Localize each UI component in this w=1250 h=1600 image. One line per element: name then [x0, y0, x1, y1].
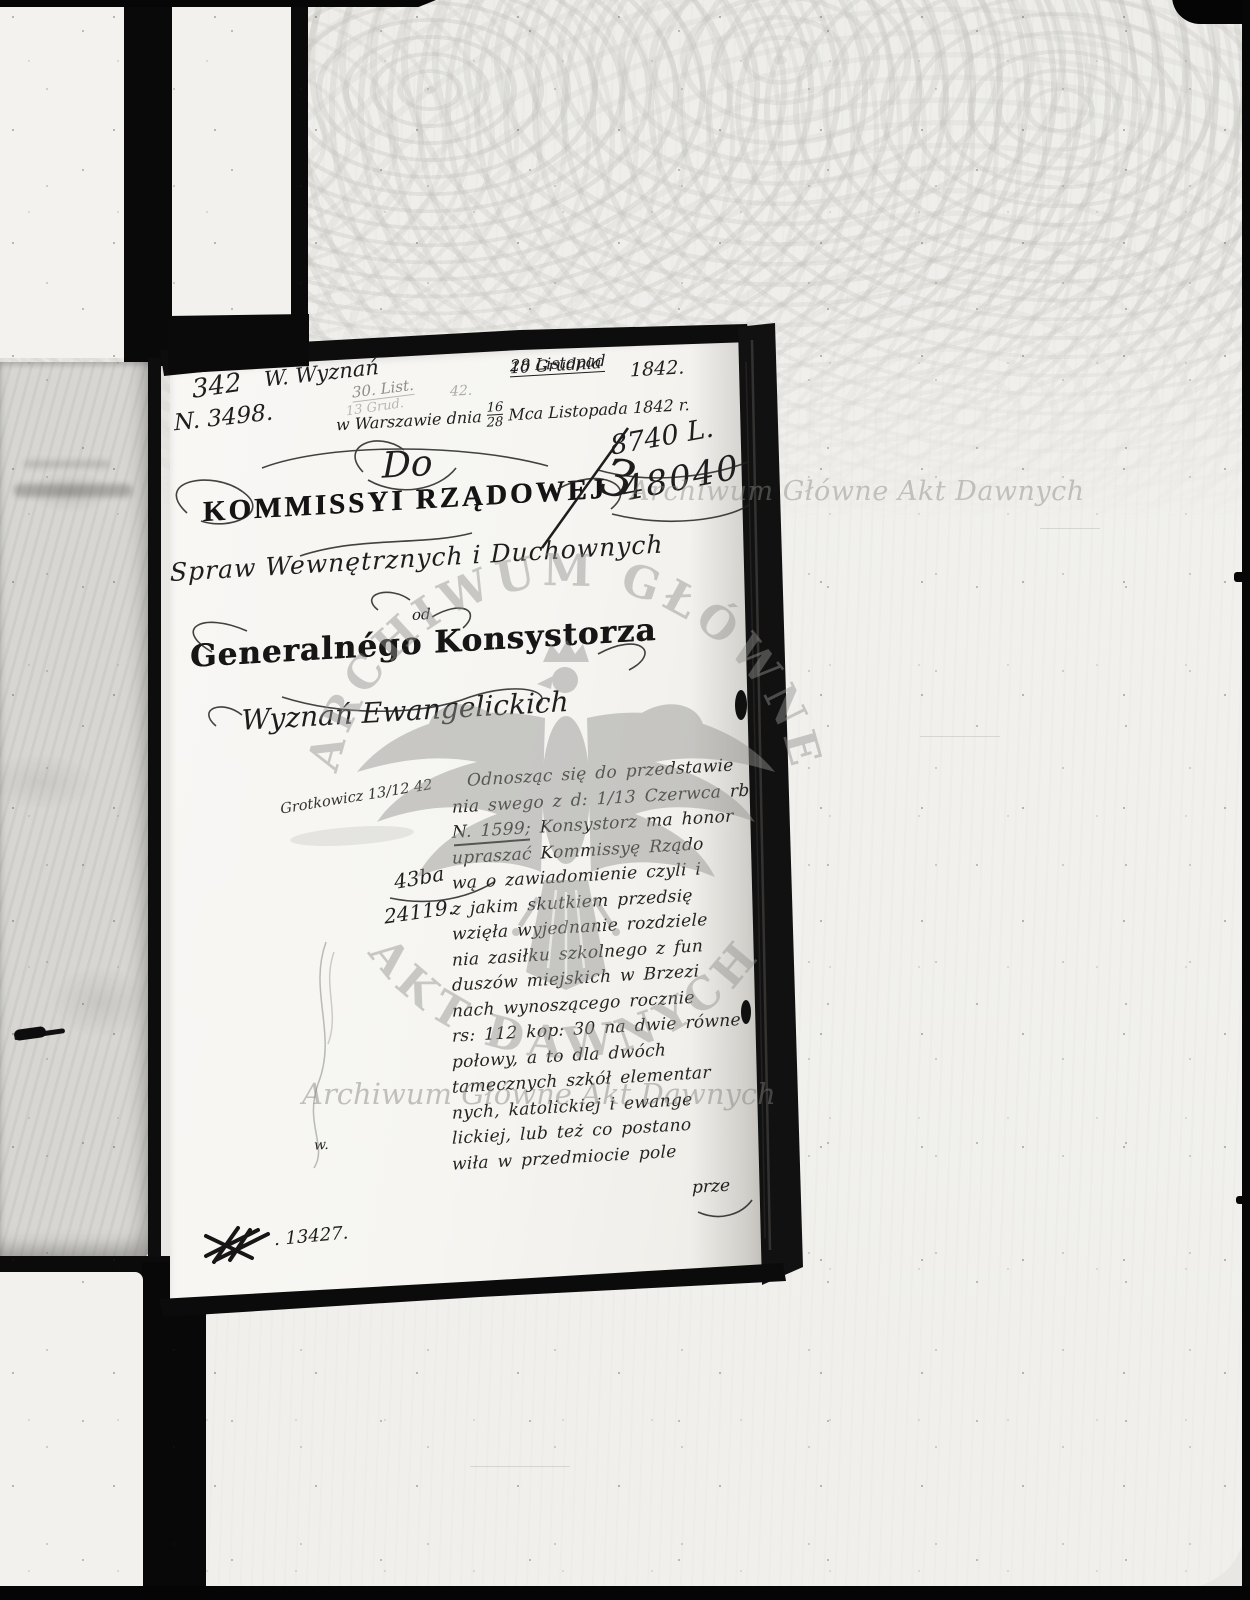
watermark-text-top: Archiwum Główne Akt Dawnych: [627, 476, 1085, 507]
scan-overlay: 3 Archiwum Główne Akt Dawnych Archiwum G…: [0, 0, 1250, 1600]
border-blob: [735, 690, 747, 720]
eagle-watermark-icon: [357, 640, 775, 990]
image-edge-line-right: [1242, 0, 1250, 1600]
erased-smudge: [290, 823, 415, 850]
image-edge-strip-top: [0, 0, 436, 7]
watermark-layer: Archiwum Główne Akt Dawnych Archiwum Głó…: [298, 476, 1085, 1111]
border-blob: [741, 1000, 751, 1024]
document-bottom-border: [159, 1263, 786, 1317]
watermark-text-middle: Archiwum Główne Akt Dawnych: [299, 1077, 776, 1111]
edge-notch: [1236, 1196, 1245, 1204]
corner-black-fill: [168, 314, 309, 374]
image-edge-strip-bottom: [0, 1586, 1250, 1600]
pencil-doodle: [313, 942, 334, 1168]
edge-notch: [1234, 572, 1245, 582]
crossed-out-mark: [206, 1228, 268, 1262]
